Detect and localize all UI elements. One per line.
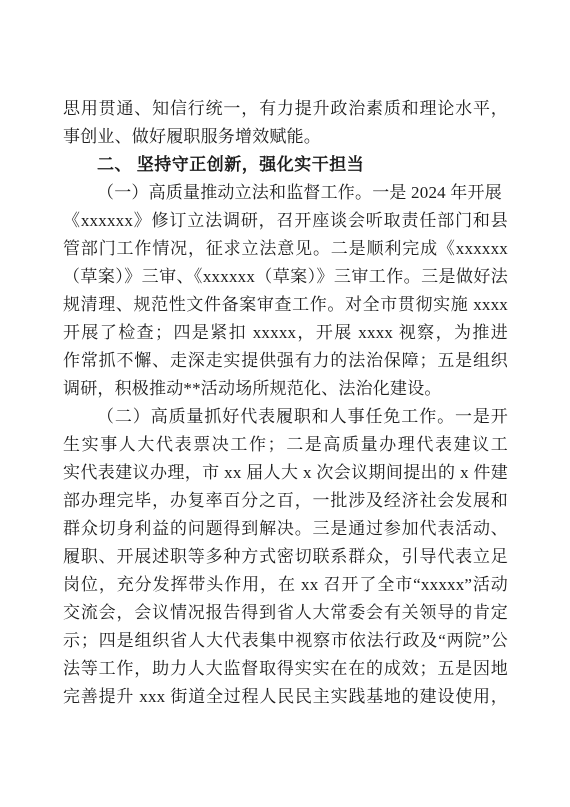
text-line: 示；四是组织省人大代表集中视察市依法行政及“两院”公正司 [63, 627, 508, 655]
text-line: 思用贯通、知信行统一，有力提升政治素质和理论水平，为干 [63, 95, 508, 123]
text-line: 完善提升 xxx 街道全过程人民民主实践基地的建设使用，努力 [63, 683, 508, 711]
text-line: 生实事人大代表票决工作；二是高质量办理代表建议工作。抓 [63, 431, 508, 459]
text-line: 作常抓不懈、走深走实提供强有力的法治保障；五是组织开展 [63, 347, 508, 375]
text-line: 交流会，会议情况报告得到省人大常委会有关领导的肯定性批 [63, 599, 508, 627]
text-line: 法等工作，助力人大监督取得实实在在的成效；五是因地制宜 [63, 655, 508, 683]
text-line: 群众切身利益的问题得到解决。三是通过参加代表活动、进站 [63, 515, 508, 543]
text-line: （草案）》三审、《xxxxxx（草案）》三审工作。三是做好法 [63, 263, 508, 291]
document-page: 思用贯通、知信行统一，有力提升政治素质和理论水平，为干 事创业、做好履职服务增效… [0, 0, 570, 807]
text-line: 管部门工作情况，征求立法意见。二是顺利完成《xxxxxx 条例 [63, 235, 508, 263]
section-heading: 二、 坚持守正创新，强化实干担当 [63, 151, 508, 179]
text-line: 开展了检查；四是紧扣 xxxxx，开展 xxxx 视察，为推进 xxx 工 [63, 319, 508, 347]
text-line: 部办理完毕，办复率百分之百，一批涉及经济社会发展和人民 [63, 487, 508, 515]
text-line: 实代表建议办理，市 xx 届人大 x 次会议期间提出的 x 件建议全 [63, 459, 508, 487]
text-line: （二）高质量抓好代表履职和人事任免工作。一是开展民 [63, 403, 508, 431]
text-line: 调研，积极推动**活动场所规范化、法治化建设。 [63, 375, 508, 403]
text-line: 岗位，充分发挥带头作用，在 xx 召开了全市“xxxxx”活动经验 [63, 571, 508, 599]
text-line: 规清理、规范性文件备案审查工作。对全市贯彻实施 xxxx 情况 [63, 291, 508, 319]
text-line: 履职、开展述职等多种方式密切联系群众，引导代表立足本职 [63, 543, 508, 571]
text-line: 《xxxxxx》修订立法调研，召开座谈会听取责任部门和县级主 [63, 207, 508, 235]
text-line: （一）高质量推动立法和监督工作。一是 2024 年开展 [63, 179, 508, 207]
text-line: 事创业、做好履职服务增效赋能。 [63, 123, 508, 151]
